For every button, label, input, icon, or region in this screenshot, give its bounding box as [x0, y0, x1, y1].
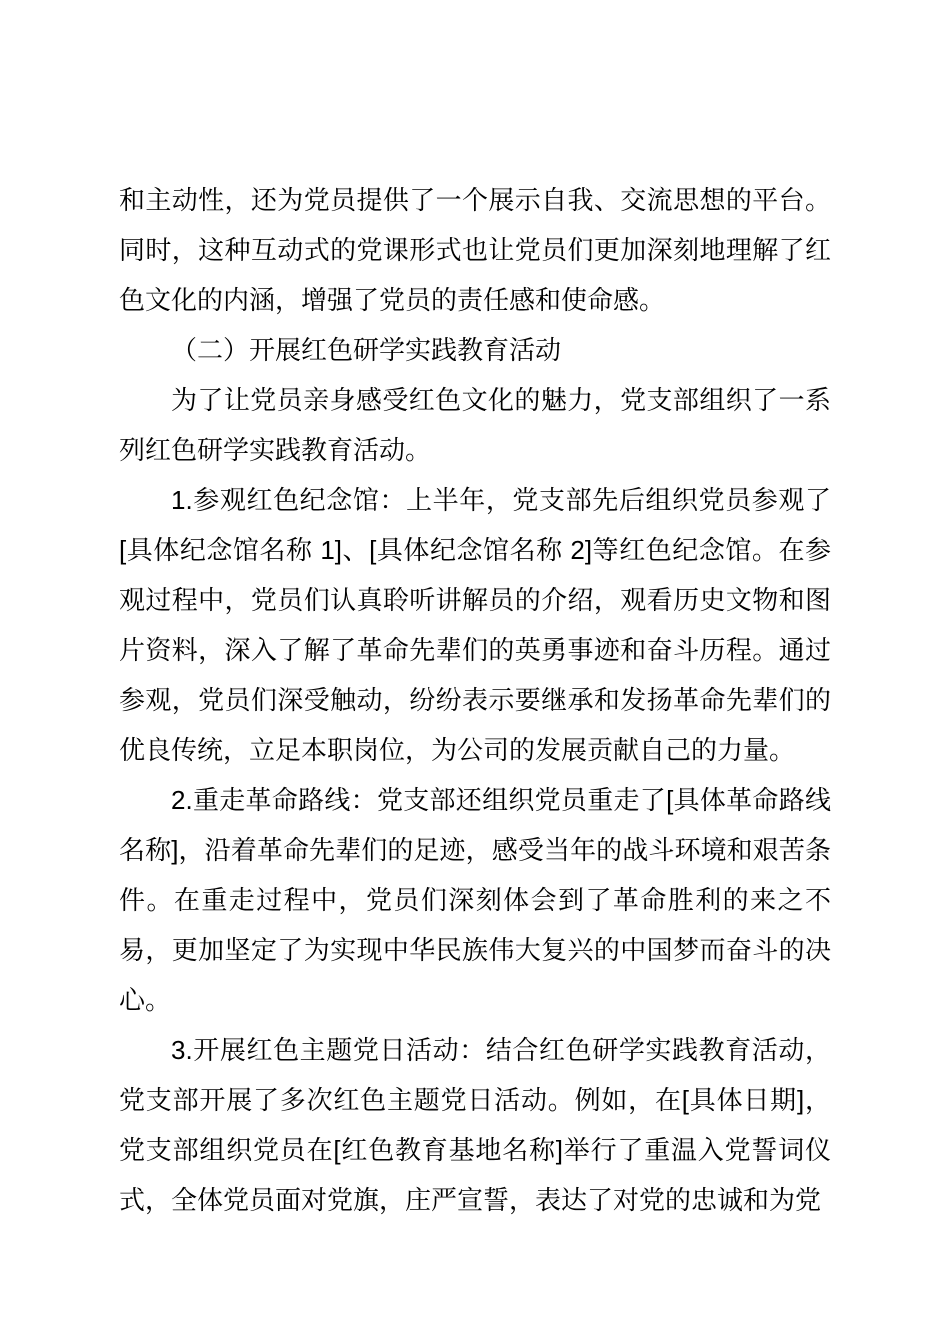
- paragraph-continuation: 和主动性，还为党员提供了一个展示自我、交流思想的平台。同时，这种互动式的党课形式…: [119, 175, 831, 325]
- paragraph-item-1: 1.参观红色纪念馆：上半年，党支部先后组织党员参观了[具体纪念馆名称 1]、[具…: [119, 475, 831, 775]
- paragraph-item-3: 3.开展红色主题党日活动：结合红色研学实践教育活动，党支部开展了多次红色主题党日…: [119, 1025, 831, 1225]
- paragraph-intro: 为了让党员亲身感受红色文化的魅力，党支部组织了一系列红色研学实践教育活动。: [119, 375, 831, 475]
- document-page: 和主动性，还为党员提供了一个展示自我、交流思想的平台。同时，这种互动式的党课形式…: [0, 0, 950, 1344]
- paragraph-item-2: 2.重走革命路线：党支部还组织党员重走了[具体革命路线名称]，沿着革命先辈们的足…: [119, 775, 831, 1025]
- section-heading: （二）开展红色研学实践教育活动: [119, 325, 831, 375]
